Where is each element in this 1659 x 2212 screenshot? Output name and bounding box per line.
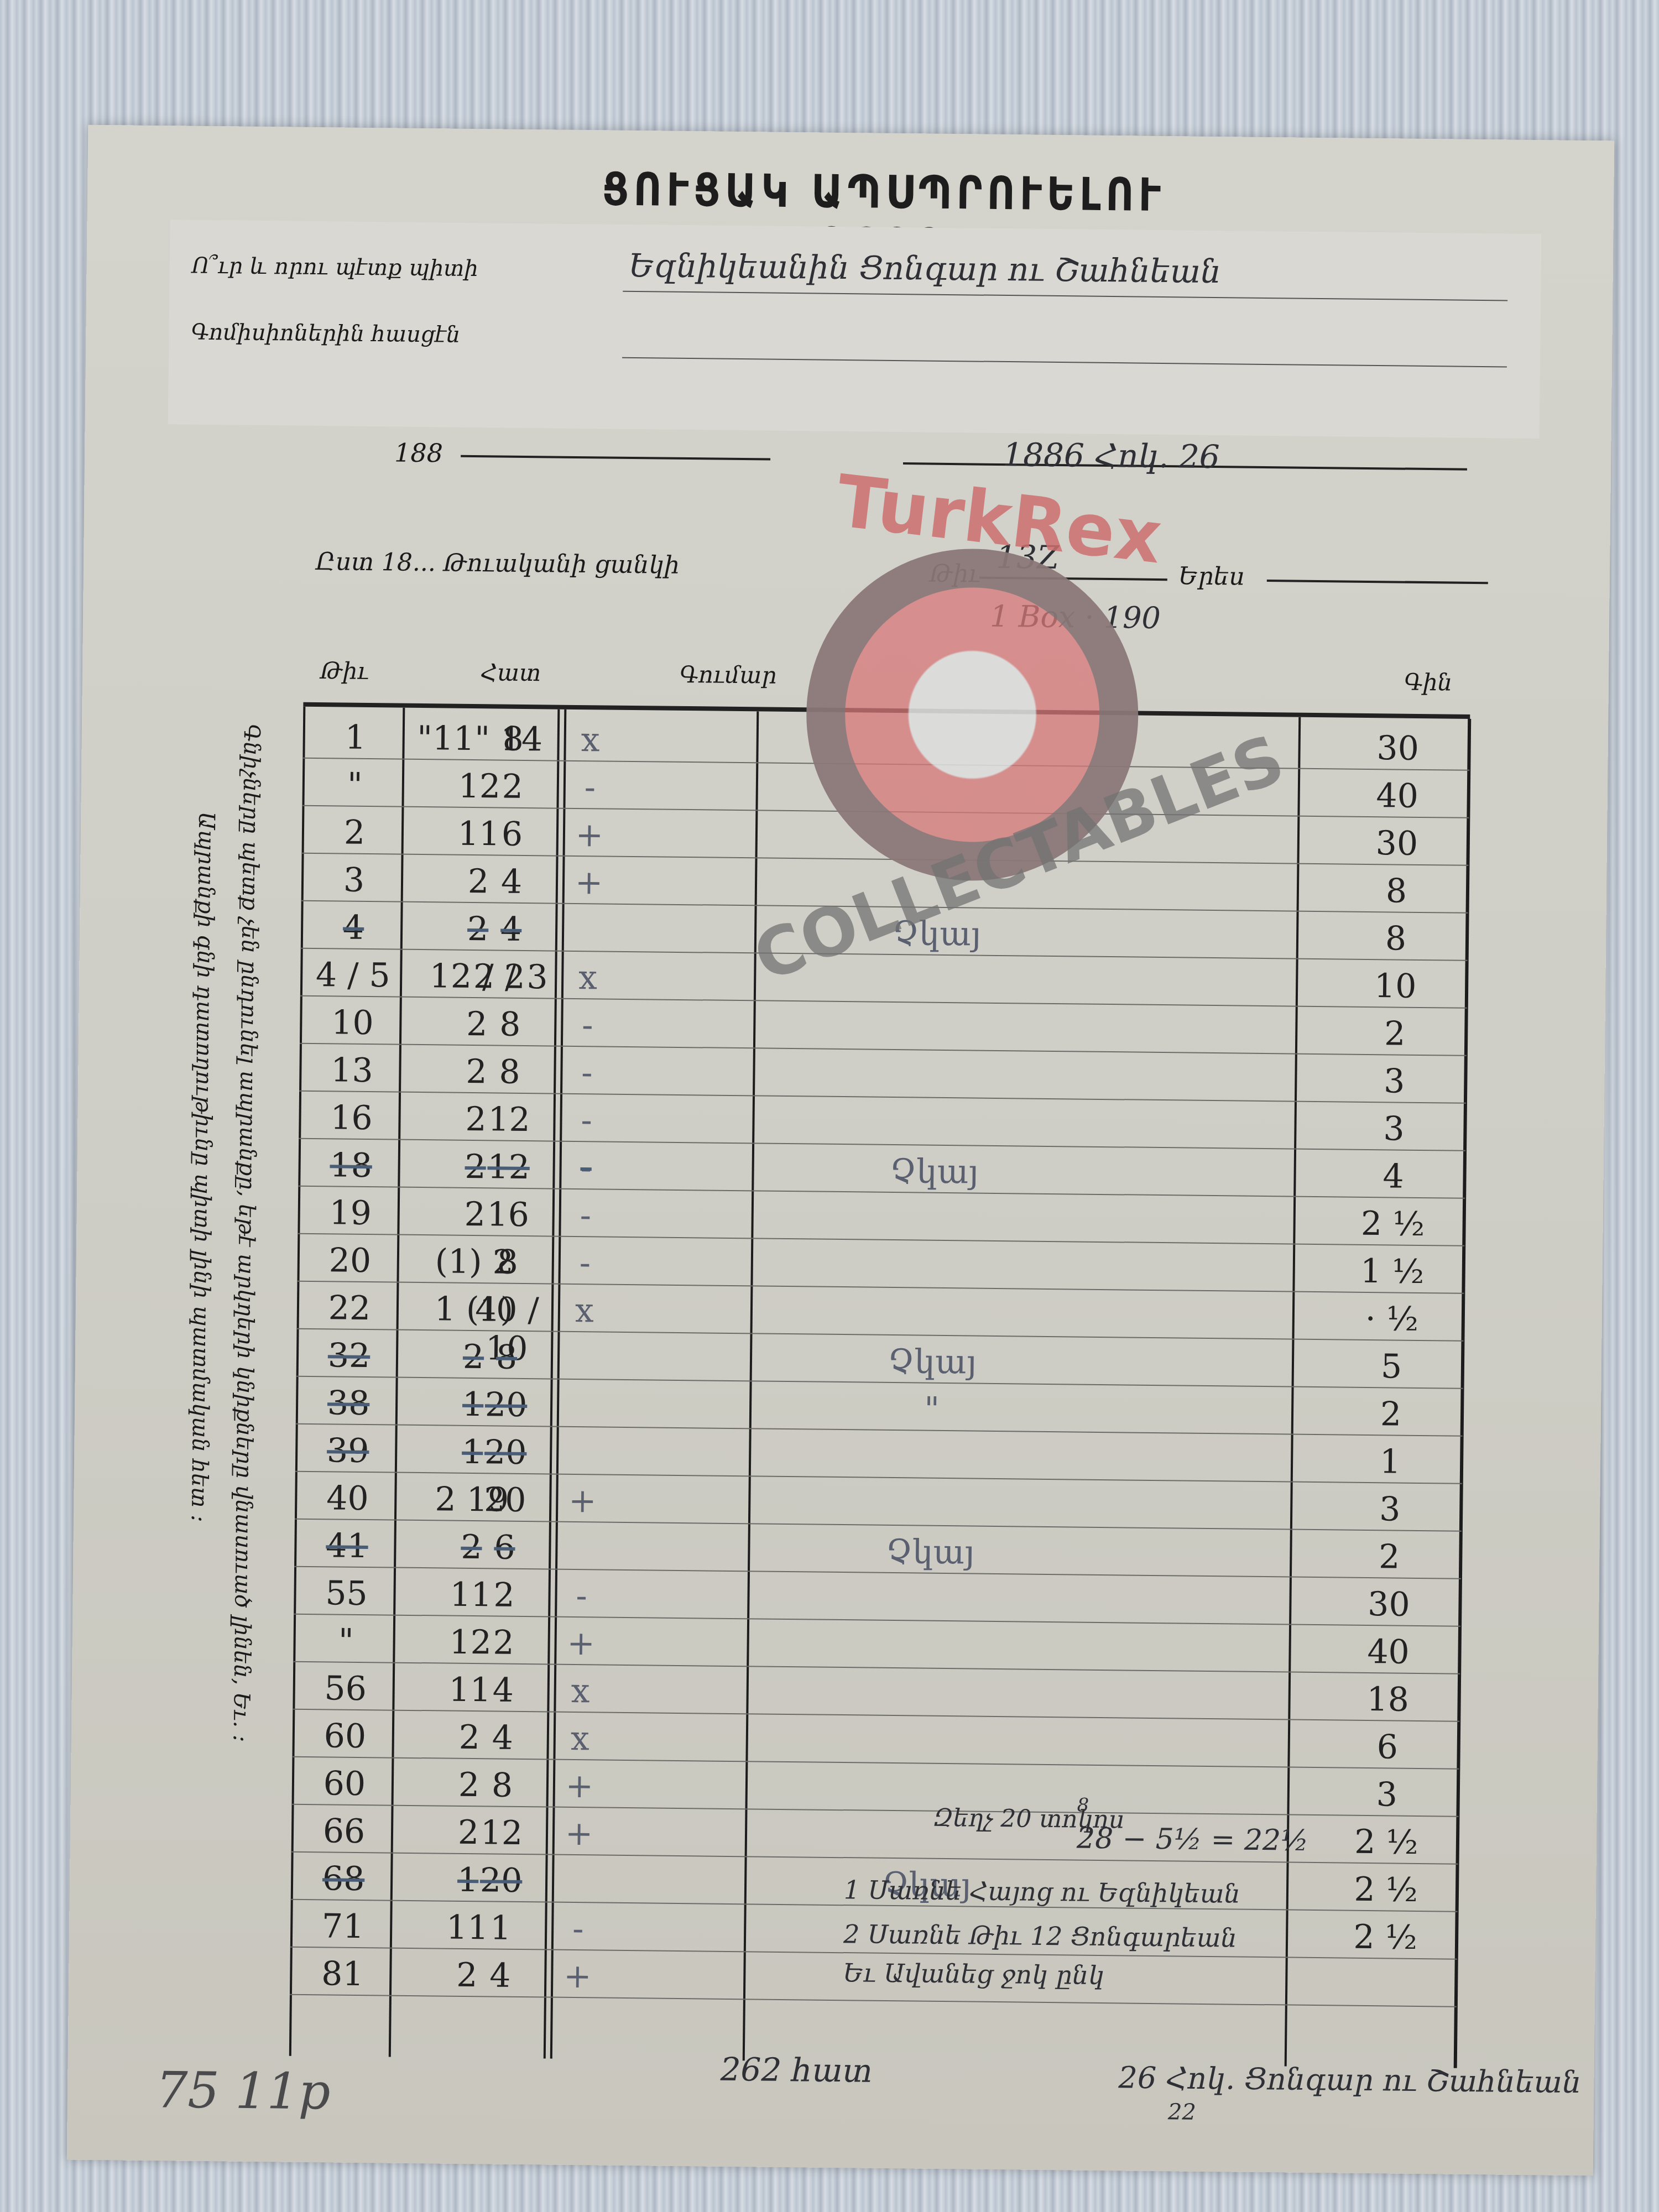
row-note <box>847 1627 1013 1629</box>
series-line <box>1267 580 1488 584</box>
column-header-count: Հատ <box>481 659 541 686</box>
row-number: 16 <box>310 1098 393 1138</box>
row-amount: 20 <box>461 1433 550 1473</box>
row-amount: 6 <box>460 1528 549 1568</box>
row-note <box>856 723 1022 725</box>
row-price: 8 <box>1335 919 1457 958</box>
row-number: 1 <box>314 718 397 758</box>
commissioner-label: Գոմիսիոներին հասցէն <box>191 320 460 348</box>
row-check-mark: + <box>567 863 612 902</box>
row-price: 3 <box>1333 1109 1455 1149</box>
row-price: 40 <box>1327 1632 1449 1672</box>
series-label: Երես <box>1178 562 1245 591</box>
row-amount: 1 <box>456 1908 545 1948</box>
row-note: Չկայ <box>854 914 1020 954</box>
row-price: 30 <box>1336 823 1458 863</box>
row-check-mark: + <box>559 1624 603 1663</box>
row-note <box>850 1294 1016 1296</box>
row-amount: 4 <box>458 1671 547 1710</box>
signature: 26 Հոկ. Ցոնգար ու Շահնեան <box>1118 2060 1582 2100</box>
row-number: 4 <box>312 908 395 948</box>
row-check-mark <box>562 1386 606 1387</box>
row-amount: 8 <box>465 1052 554 1092</box>
row-number: 66 <box>302 1812 386 1851</box>
row-price: 2 ½ <box>1324 1917 1447 1957</box>
row-note <box>846 1674 1012 1676</box>
row-amount: 20 <box>457 1861 546 1901</box>
row-check-mark: + <box>560 1481 605 1521</box>
row-note <box>855 771 1021 773</box>
row-number: " <box>304 1621 388 1661</box>
row-number: 56 <box>304 1669 387 1709</box>
row-amount: 2 <box>460 1575 549 1615</box>
document-page: ՑՈՒՑԱԿ ԱՊՍՊՐՈՒԵԼՈՒ ԳՐՈՑ Ո՞ւր և որու պէտք… <box>67 125 1614 2176</box>
row-note: " <box>849 1389 1015 1430</box>
row-amount: 12 <box>464 1147 553 1187</box>
destination-line <box>623 291 1507 301</box>
row-note <box>848 1484 1014 1486</box>
row-note <box>849 1437 1015 1438</box>
invoice-label: Ըստ 18... Թուականի ցանկի <box>316 547 680 580</box>
row-number: 39 <box>306 1431 390 1471</box>
row-check-mark: - <box>556 1910 601 1949</box>
row-check-mark <box>560 1529 604 1530</box>
row-price: 30 <box>1337 728 1459 768</box>
row-price: 8 <box>1335 871 1458 911</box>
row-price: 6 <box>1326 1727 1448 1767</box>
row-price: 4 <box>1332 1156 1454 1196</box>
margin-instruction-1: Գնիչները պետք չեն ընդունել ապրանքը, եթէ … <box>228 724 264 1743</box>
row-check-mark: + <box>557 1767 602 1806</box>
row-number: 19 <box>309 1193 392 1233</box>
row-check-mark: + <box>555 1957 600 1996</box>
column-divider-4 <box>1285 717 1301 2067</box>
row-amount: 8 <box>463 1243 552 1282</box>
row-note <box>855 818 1021 820</box>
row-amount: 2 <box>468 767 557 807</box>
row-note <box>845 1770 1011 1771</box>
box-note: 1 Box · 190 <box>990 599 1161 635</box>
row-amount: 12 <box>457 1813 546 1853</box>
row-number: 38 <box>307 1384 390 1423</box>
row-check-mark: x <box>568 721 613 760</box>
row-price <box>1324 1965 1446 1966</box>
signature-sub: 22 <box>1168 2099 1196 2125</box>
date-print-prefix: 188 <box>394 437 443 468</box>
row-price: 2 <box>1334 1014 1456 1053</box>
row-check-mark: - <box>559 1577 604 1616</box>
row-amount: 6 <box>468 815 557 854</box>
row-price: 18 <box>1327 1679 1449 1719</box>
row-amount: 8 <box>468 719 557 759</box>
row-check-mark: - <box>562 1244 607 1283</box>
row-amount: 4 <box>458 1718 547 1758</box>
row-check-mark: x <box>562 1291 607 1331</box>
row-number: 10 <box>311 1003 394 1043</box>
row-amount: 4 <box>467 862 556 902</box>
number-label: Թիւ <box>930 560 980 588</box>
row-price: 3 <box>1329 1489 1451 1529</box>
row-price: 5 <box>1331 1347 1453 1386</box>
row-check-mark: x <box>566 958 611 998</box>
date-line-left <box>461 455 770 461</box>
column-header-amount: Գումար <box>680 661 777 689</box>
column-header-price: Գին <box>1404 669 1453 696</box>
row-check-mark: x <box>558 1672 603 1711</box>
row-amount: 20 <box>461 1480 550 1520</box>
row-number: 2 <box>313 813 397 853</box>
note-line-2: 2 Սառնե Թիւ 12 Ցոնգարեան <box>843 1919 1237 1953</box>
calc-superscript: 8 <box>1077 1794 1089 1817</box>
number-line <box>979 577 1167 581</box>
calc-formula: 28 − 5½ = 22½ <box>1077 1822 1309 1858</box>
row-price: 40 <box>1336 776 1458 816</box>
row-check-mark: - <box>565 1006 610 1045</box>
row-note <box>847 1579 1013 1581</box>
row-check-mark: - <box>564 1101 609 1140</box>
row-check-mark: - <box>565 1053 609 1093</box>
row-number: 40 <box>306 1479 389 1519</box>
row-note <box>844 1912 1010 1914</box>
row-amount: 8 <box>458 1766 547 1806</box>
row-note <box>851 1246 1016 1248</box>
row-number: 81 <box>301 1954 384 1994</box>
row-number: 71 <box>301 1907 385 1947</box>
row-note <box>854 961 1020 963</box>
row-check-mark <box>556 1862 601 1863</box>
row-number: 22 <box>308 1288 392 1328</box>
row-number: 3 <box>312 860 396 900</box>
row-rule <box>290 1994 1457 2007</box>
row-number: 60 <box>303 1717 387 1756</box>
destination-label: Ո՞ւր և որու պէտք պիտի <box>191 253 478 281</box>
row-amount: 8 <box>466 1005 555 1045</box>
items-table: Թիւ Հատ Գումար Գին 1"11" 148x30"122-4021… <box>289 702 1470 2068</box>
row-amount: 2 / 3 <box>466 957 555 997</box>
commissioner-line <box>622 357 1507 368</box>
row-note <box>852 1104 1018 1105</box>
row-note <box>853 1009 1019 1010</box>
destination-handwritten: Եզնիկեանին Ցոնգար ու Շահնեան <box>628 247 1221 290</box>
row-number: 68 <box>302 1859 385 1899</box>
row-amount: 8 <box>462 1338 551 1378</box>
row-note <box>846 1722 1011 1724</box>
row-number: " <box>314 765 397 805</box>
row-number: 4 / 5 <box>311 956 395 995</box>
row-price: 3 <box>1333 1061 1455 1101</box>
note-line-1: 1 Սառնե Հայոց ու Եզնիկեան <box>844 1875 1240 1909</box>
row-check-mark: + <box>557 1814 602 1854</box>
row-number: 32 <box>307 1336 391 1376</box>
row-check-mark <box>561 1434 606 1434</box>
row-price: 3 <box>1326 1775 1448 1814</box>
row-amount: 12 <box>465 1100 554 1140</box>
row-number: 18 <box>309 1146 393 1186</box>
row-price: 30 <box>1328 1584 1450 1624</box>
row-price: 2 ½ <box>1325 1870 1447 1910</box>
row-note: Չկայ <box>849 1342 1016 1382</box>
row-note <box>854 866 1020 868</box>
note-line-3: Եւ Ավանեց ջոկ ընկ <box>843 1958 1104 1990</box>
table-border-left <box>289 707 306 2056</box>
row-number: 20 <box>308 1241 392 1281</box>
row-check-mark: - <box>563 1196 608 1235</box>
row-check-mark: - <box>564 1149 608 1188</box>
row-amount: 2 <box>459 1623 548 1663</box>
row-check-mark: x <box>557 1719 602 1759</box>
row-number: 13 <box>310 1051 394 1091</box>
row-price: 1 <box>1329 1442 1452 1481</box>
row-amount: 20 <box>462 1385 551 1425</box>
row-check-mark: - <box>567 768 612 807</box>
row-amount: 4 <box>456 1956 545 1996</box>
row-price: 10 <box>1334 966 1457 1006</box>
row-check-mark <box>562 1339 606 1339</box>
column-header-number: Թիւ <box>320 657 369 685</box>
row-note: Չկայ <box>847 1532 1014 1572</box>
row-amount: 4 <box>467 910 556 950</box>
row-price: 2 ½ <box>1326 1822 1448 1862</box>
total-quantity: 262 հատ <box>720 2051 873 2090</box>
row-price: 2 <box>1330 1394 1452 1434</box>
row-number: 60 <box>303 1764 387 1804</box>
number-value: 13Z <box>996 538 1060 576</box>
date-handwritten: 1886 Հոկ. 26 <box>1003 436 1220 476</box>
row-number: 55 <box>305 1574 388 1614</box>
column-divider-3 <box>743 711 759 2060</box>
corner-note: 75 11p <box>156 2061 331 2121</box>
row-price: 2 <box>1328 1537 1451 1577</box>
row-amount: 16 <box>463 1195 552 1235</box>
row-note <box>851 1199 1017 1201</box>
row-price: 1 ½ <box>1331 1251 1453 1291</box>
row-note <box>853 1056 1019 1058</box>
row-check-mark <box>567 911 611 911</box>
table-rows: 1"11" 148x30"122-402116+30324+8424Չկայ84… <box>303 707 1470 719</box>
row-check-mark: + <box>567 816 612 855</box>
row-note: Չկայ <box>851 1151 1018 1192</box>
margin-instruction-2: Ապրանքի գնի դատողութիւնը պիտի լինի պատմա… <box>186 812 219 1522</box>
row-price: · ½ <box>1331 1299 1453 1339</box>
row-number: 41 <box>305 1526 389 1566</box>
row-price: 2 ½ <box>1332 1204 1454 1244</box>
header-fields: Ո՞ւր և որու պէտք պիտի Եզնիկեանին Ցոնգար … <box>168 220 1542 439</box>
